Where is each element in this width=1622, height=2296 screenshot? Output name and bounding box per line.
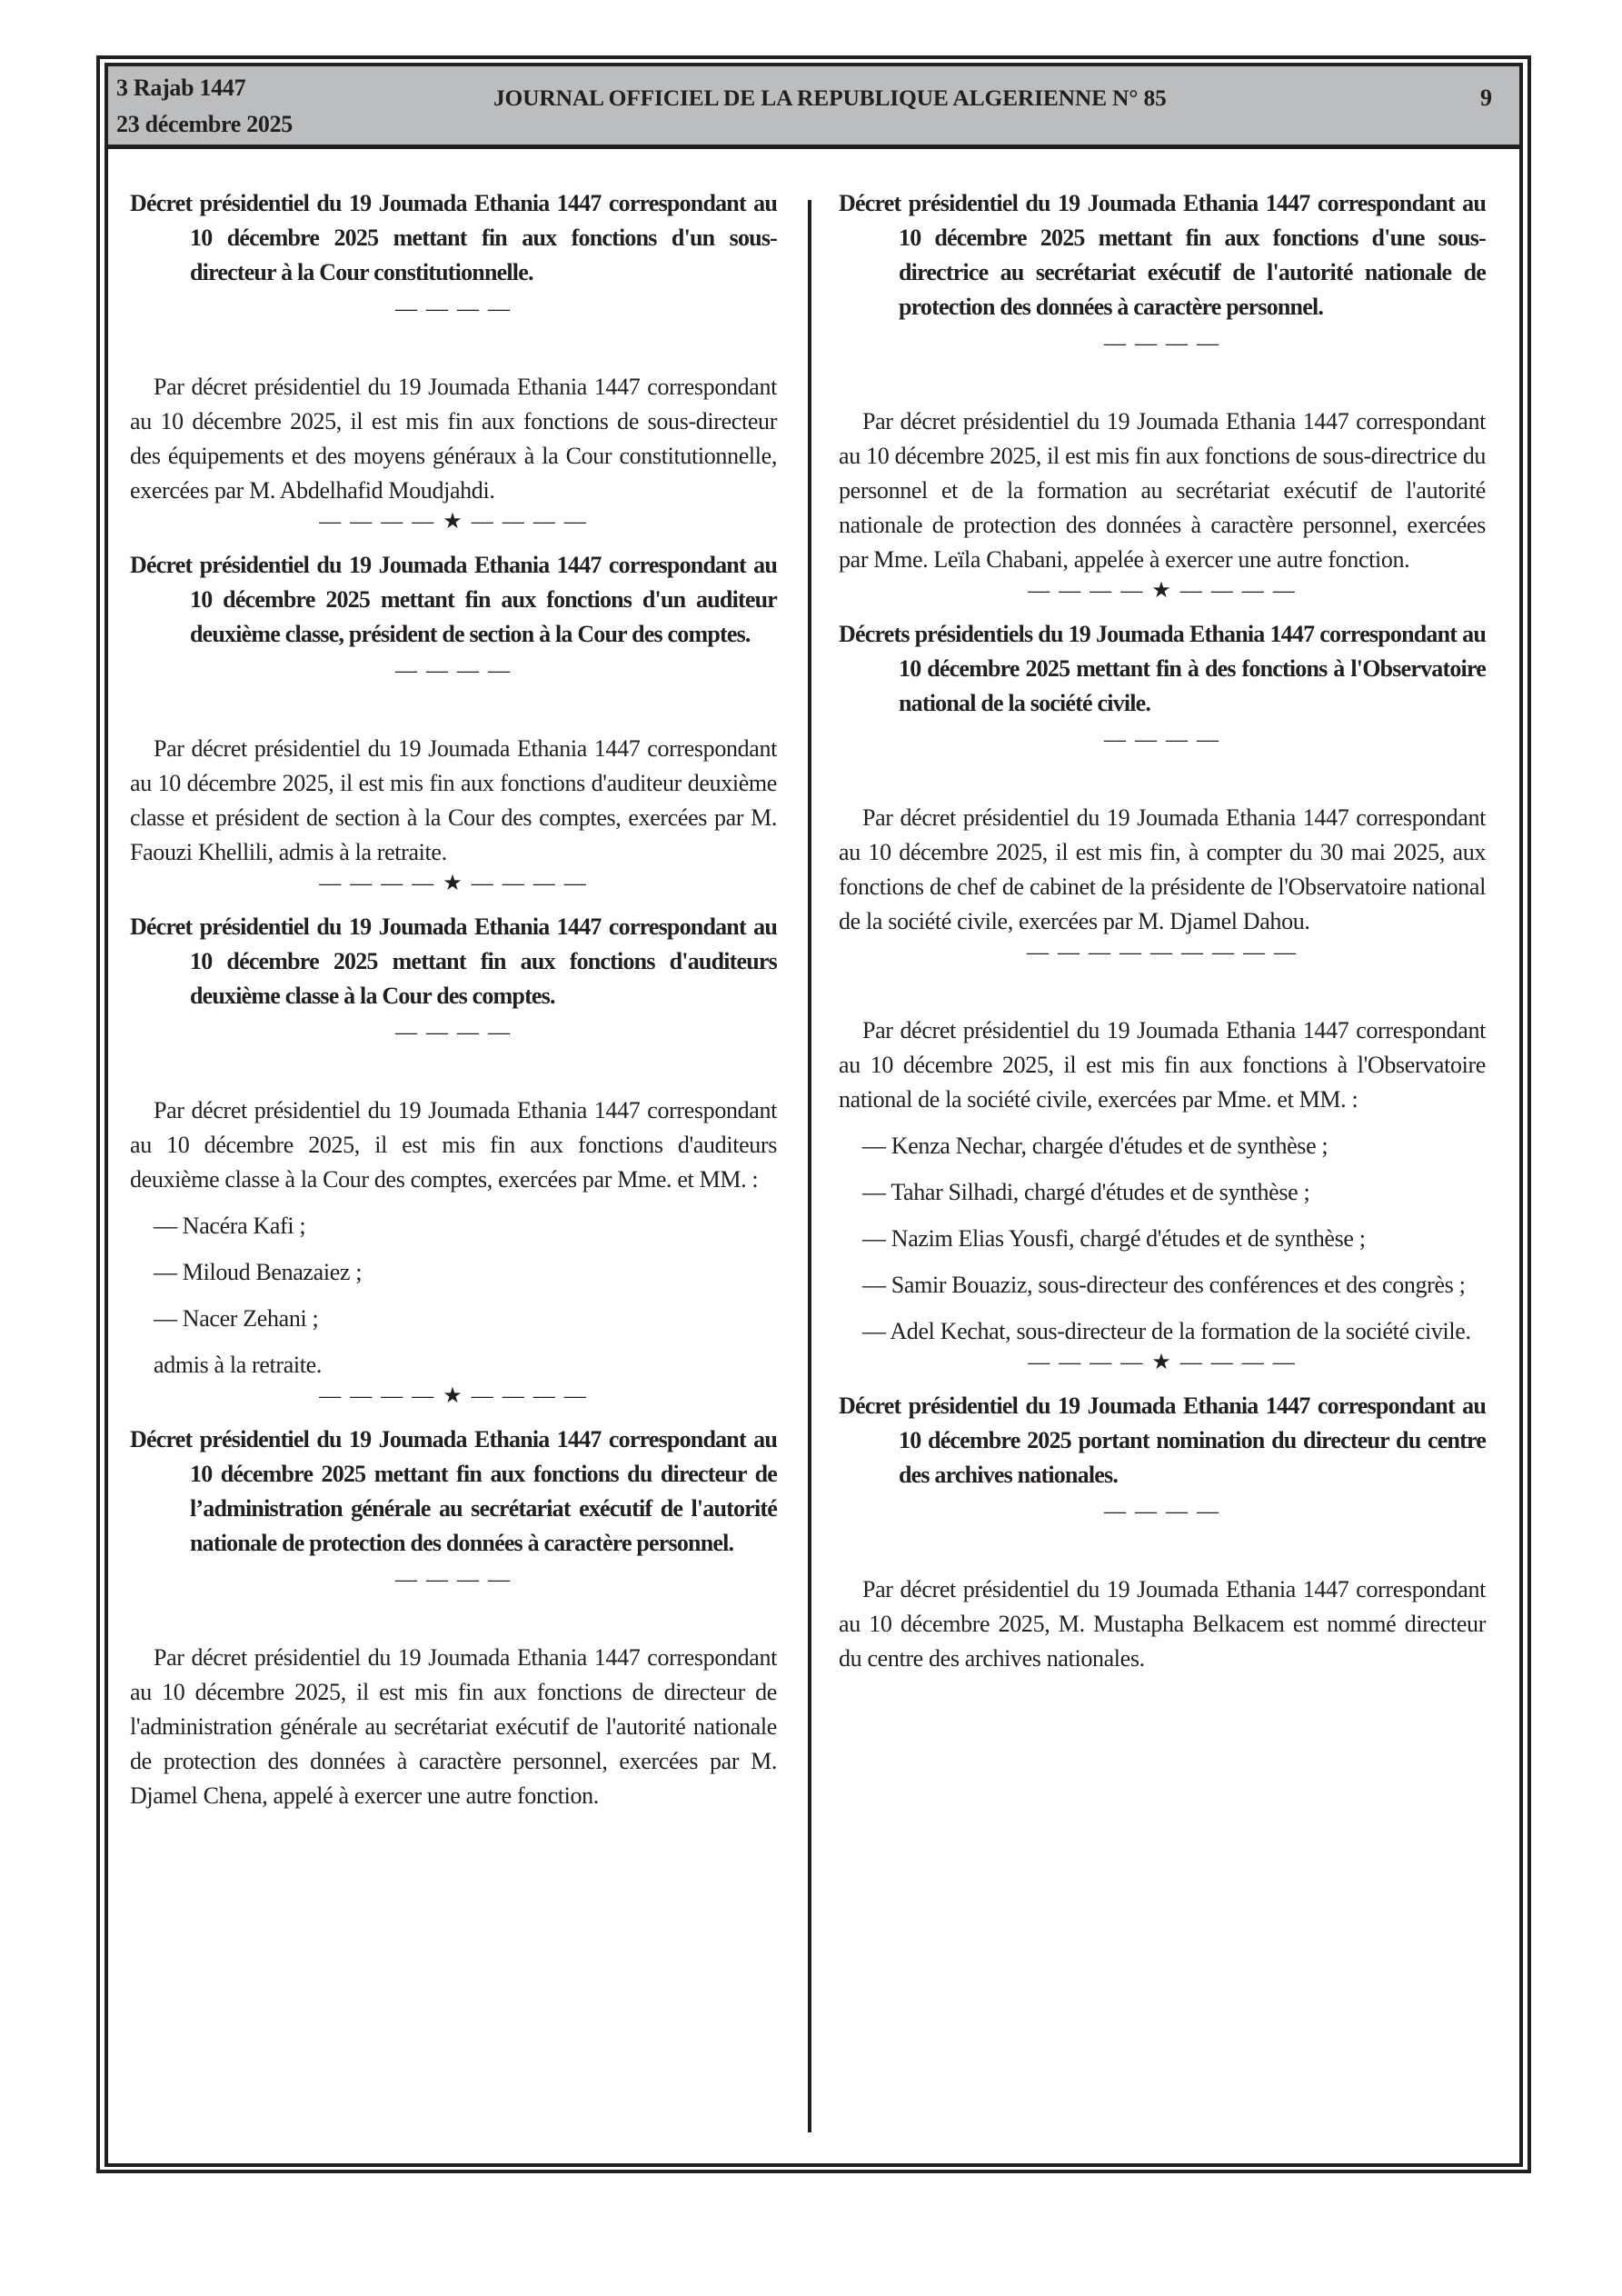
list-item: — Nazim Elias Yousfi, chargé d'études et… xyxy=(839,1222,1486,1256)
decree: Décret présidentiel du 19 Joumada Ethani… xyxy=(839,186,1486,604)
long-separator: — — — — — — — — — xyxy=(839,939,1486,966)
decree: Décret présidentiel du 19 Joumada Ethani… xyxy=(130,548,777,897)
short-separator: — — — — xyxy=(130,1566,777,1593)
short-separator: — — — — xyxy=(130,1019,777,1046)
decree-title: Décret présidentiel du 19 Joumada Ethani… xyxy=(130,548,777,652)
decree-body-second: Par décret présidentiel du 19 Joumada Et… xyxy=(839,1013,1486,1117)
decree-body: Par décret présidentiel du 19 Joumada Et… xyxy=(130,370,777,508)
running-header: 3 Rajab 1447 23 décembre 2025 JOURNAL OF… xyxy=(108,66,1519,149)
decree-title: Décrets présidentiels du 19 Joumada Etha… xyxy=(839,617,1486,721)
short-separator: — — — — xyxy=(130,657,777,684)
star-separator: — — — — ★ — — — — xyxy=(839,1349,1486,1376)
column-divider xyxy=(808,200,811,2132)
decree-title: Décret présidentiel du 19 Joumada Ethani… xyxy=(839,1389,1486,1492)
list-item: — Nacer Zehani ; xyxy=(130,1302,777,1336)
star-separator: — — — — ★ — — — — xyxy=(839,577,1486,604)
decree-body: Par décret présidentiel du 19 Joumada Et… xyxy=(130,732,777,870)
journal-title: JOURNAL OFFICIEL DE LA REPUBLIQUE ALGERI… xyxy=(493,85,1167,112)
decree-closing: admis à la retraite. xyxy=(130,1348,777,1383)
list-item: — Tahar Silhadi, chargé d'études et de s… xyxy=(839,1175,1486,1210)
star-separator: — — — — ★ — — — — xyxy=(130,870,777,897)
short-separator: — — — — xyxy=(130,295,777,323)
short-separator: — — — — xyxy=(839,330,1486,357)
decree-body: Par décret présidentiel du 19 Joumada Et… xyxy=(839,801,1486,939)
list-item: — Samir Bouaziz, sous-directeur des conf… xyxy=(839,1268,1486,1303)
star-separator: — — — — ★ — — — — xyxy=(130,508,777,535)
decree-title: Décret présidentiel du 19 Joumada Ethani… xyxy=(130,186,777,290)
decree: Décrets présidentiels du 19 Joumada Etha… xyxy=(839,617,1486,1376)
short-separator: — — — — xyxy=(839,1498,1486,1525)
hijri-date: 3 Rajab 1447 xyxy=(116,70,293,106)
decree-body: Par décret présidentiel du 19 Joumada Et… xyxy=(130,1641,777,1813)
decree: Décret présidentiel du 19 Joumada Ethani… xyxy=(839,1389,1486,1676)
list-item: — Kenza Nechar, chargée d'études et de s… xyxy=(839,1129,1486,1163)
decree-title: Décret présidentiel du 19 Joumada Ethani… xyxy=(130,1423,777,1561)
decree-body: Par décret présidentiel du 19 Joumada Et… xyxy=(839,1572,1486,1676)
gregorian-date: 23 décembre 2025 xyxy=(116,106,293,143)
decree-body: Par décret présidentiel du 19 Joumada Et… xyxy=(839,404,1486,577)
decree-title: Décret présidentiel du 19 Joumada Ethani… xyxy=(130,910,777,1013)
list-item: — Miloud Benazaiez ; xyxy=(130,1255,777,1290)
star-separator: — — — — ★ — — — — xyxy=(130,1383,777,1410)
decree: Décret présidentiel du 19 Joumada Ethani… xyxy=(130,186,777,535)
decree-body: Par décret présidentiel du 19 Joumada Et… xyxy=(130,1093,777,1197)
decree-title: Décret présidentiel du 19 Joumada Ethani… xyxy=(839,186,1486,324)
decree: Décret présidentiel du 19 Joumada Ethani… xyxy=(130,1423,777,1813)
left-column: Décret présidentiel du 19 Joumada Ethani… xyxy=(130,186,777,1813)
header-dates: 3 Rajab 1447 23 décembre 2025 xyxy=(116,70,293,143)
page-number: 9 xyxy=(1480,85,1492,112)
right-column: Décret présidentiel du 19 Joumada Ethani… xyxy=(839,186,1486,1676)
short-separator: — — — — xyxy=(839,726,1486,754)
list-item: — Nacéra Kafi ; xyxy=(130,1209,777,1243)
decree: Décret présidentiel du 19 Joumada Ethani… xyxy=(130,910,777,1410)
list-item: — Adel Kechat, sous-directeur de la form… xyxy=(839,1314,1486,1349)
